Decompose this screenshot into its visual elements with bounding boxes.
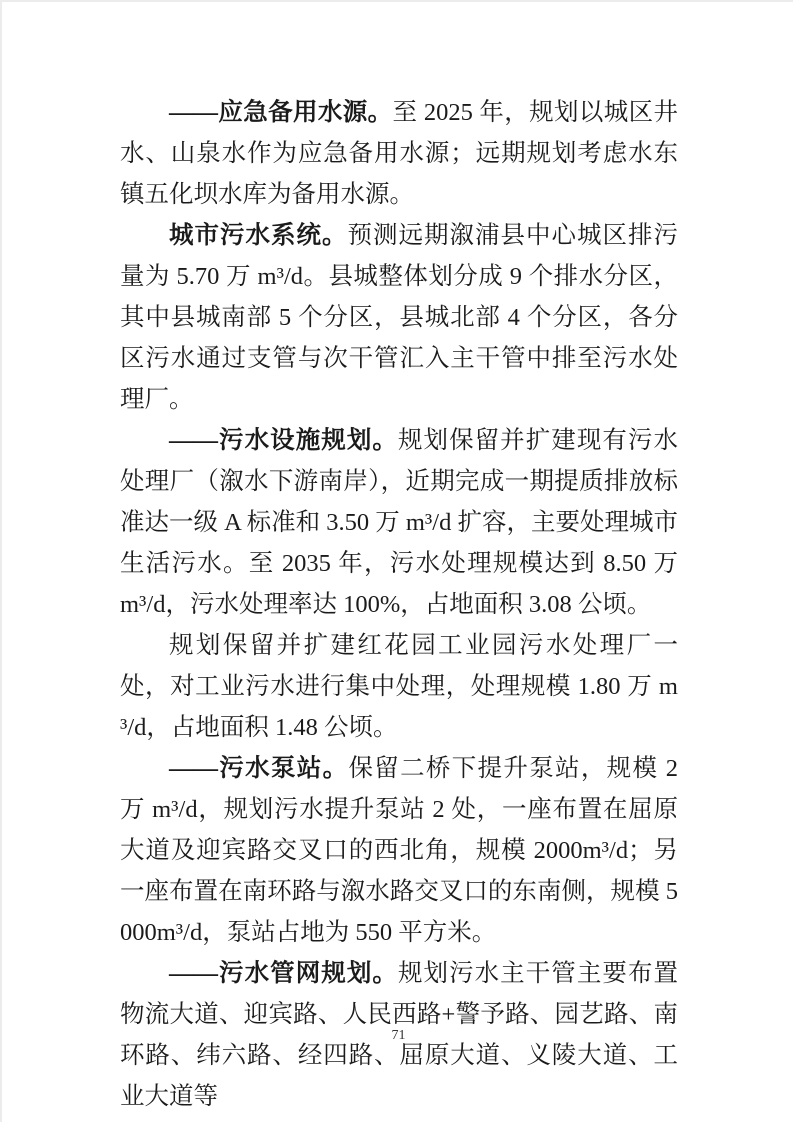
page-number: 71 <box>2 1028 793 1044</box>
paragraph-urban-sewage-system: 城市污水系统。预测远期溆浦县中心城区排污量为 5.70 万 m³/d。县城整体划… <box>120 215 678 420</box>
paragraph-text: 规划保留并扩建红花园工业园污水处理厂一处，对工业污水进行集中处理，处理规模 1.… <box>120 632 678 741</box>
paragraph-lead: ——应急备用水源。 <box>169 99 393 126</box>
paragraph-sewage-pump-stations: ——污水泵站。保留二桥下提升泵站，规模 2 万 m³/d，规划污水提升泵站 2 … <box>120 748 678 953</box>
paragraph-text: 预测远期溆浦县中心城区排污量为 5.70 万 m³/d。县城整体划分成 9 个排… <box>120 222 678 413</box>
paragraph-text: 保留二桥下提升泵站，规模 2 万 m³/d，规划污水提升泵站 2 处，一座布置在… <box>120 755 678 946</box>
document-page: ——应急备用水源。至 2025 年，规划以城区井水、山泉水作为应急备用水源；远期… <box>0 0 793 1122</box>
paragraph-lead: ——污水泵站。 <box>169 755 348 782</box>
document-body: ——应急备用水源。至 2025 年，规划以城区井水、山泉水作为应急备用水源；远期… <box>120 92 678 1117</box>
paragraph-industrial-sewage-plant: 规划保留并扩建红花园工业园污水处理厂一处，对工业污水进行集中处理，处理规模 1.… <box>120 625 678 748</box>
paragraph-lead: 城市污水系统。 <box>169 222 348 249</box>
paragraph-sewage-facility-planning: ——污水设施规划。规划保留并扩建现有污水处理厂（溆水下游南岸），近期完成一期提质… <box>120 420 678 625</box>
paragraph-emergency-water-source: ——应急备用水源。至 2025 年，规划以城区井水、山泉水作为应急备用水源；远期… <box>120 92 678 215</box>
paragraph-text: 规划保留并扩建现有污水处理厂（溆水下游南岸），近期完成一期提质排放标准达一级 A… <box>120 427 678 618</box>
paragraph-lead: ——污水管网规划。 <box>169 960 398 987</box>
paragraph-lead: ——污水设施规划。 <box>169 427 398 454</box>
